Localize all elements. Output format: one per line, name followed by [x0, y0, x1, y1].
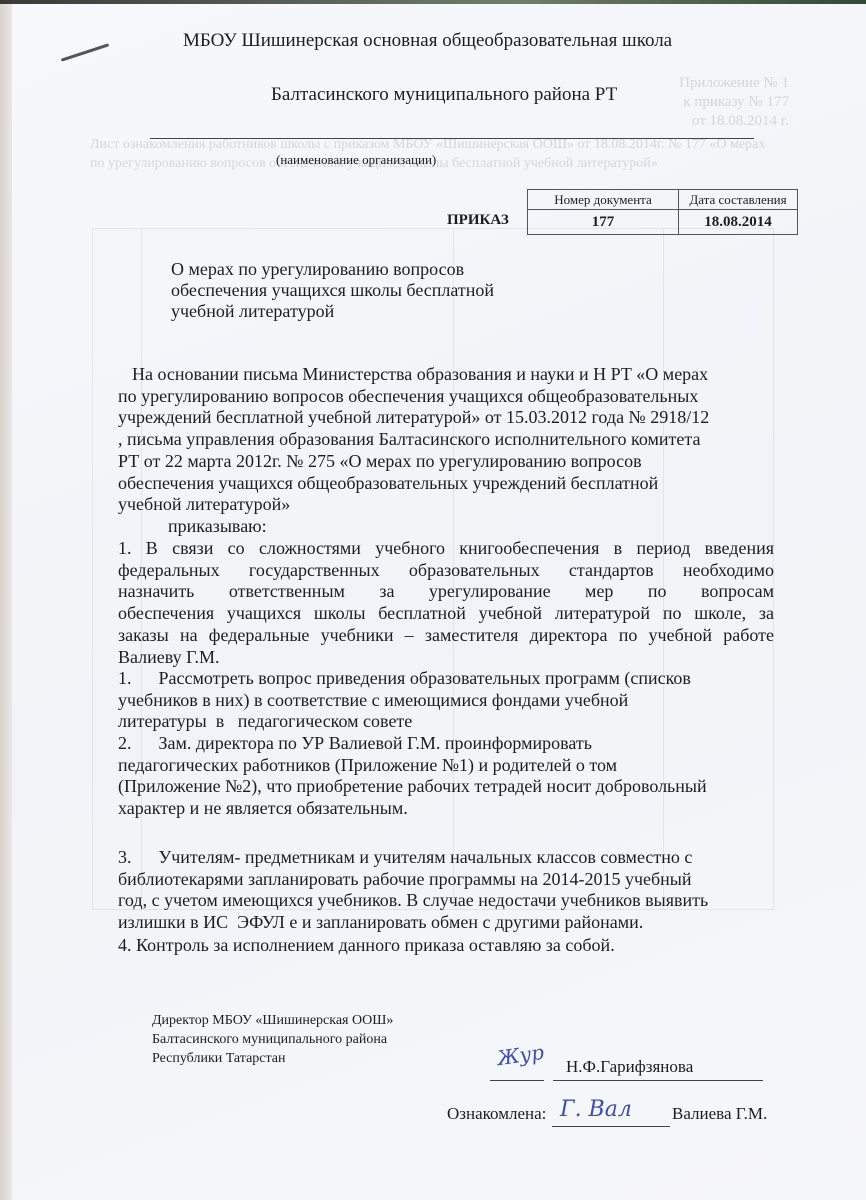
- doc-date-value: 18.08.2014: [679, 210, 798, 235]
- order-item-1: 1. В связи со сложностями учебного книго…: [118, 538, 774, 668]
- order-item-4: 4. Контроль за исполнением данного прика…: [118, 935, 774, 957]
- decree-word: приказываю:: [118, 516, 774, 538]
- scan-edge-left: [0, 0, 12, 1200]
- doc-date-header: Дата составления: [679, 190, 798, 210]
- acquainted-label: Ознакомлена:: [447, 1104, 546, 1124]
- order-meta-table: Номер документа Дата составления 177 18.…: [527, 189, 798, 235]
- acquainted-sign-line: [552, 1126, 670, 1127]
- director-position: Директор МБОУ «Шишинерская ООШ» Балтасин…: [152, 1011, 393, 1068]
- acquainted-name: Валиева Г.М.: [672, 1104, 767, 1124]
- staple-mark: [61, 43, 109, 61]
- show-through-appendix: Приложение № 1 к приказу № 177 от 18.08.…: [674, 74, 789, 131]
- order-item-2: 2. Зам. директора по УР Валиевой Г.М. пр…: [118, 733, 774, 820]
- order-item-1b: 1. Рассмотреть вопрос приведения образов…: [118, 668, 774, 733]
- org-underline: [150, 138, 754, 139]
- preamble: На основании письма Министерства образов…: [118, 364, 774, 538]
- doc-number-value: 177: [528, 210, 679, 235]
- order-label: ПРИКАЗ: [447, 212, 509, 229]
- org-caption: (наименование организации): [276, 152, 436, 168]
- org-name-line1: МБОУ Шишинерская основная общеобразовате…: [183, 30, 672, 52]
- director-name: Н.Ф.Гарифзянова: [566, 1057, 693, 1077]
- order-item-3: 3. Учителям- предметникам и учителям нач…: [118, 847, 774, 934]
- order-subject: О мерах по урегулированию вопросов обесп…: [171, 259, 494, 322]
- director-name-line: [553, 1080, 763, 1081]
- org-name-line2: Балтасинского муниципального района РТ: [271, 84, 617, 106]
- acquainted-signature: Г. Вал: [560, 1097, 632, 1122]
- director-sign-line: [490, 1080, 544, 1081]
- doc-number-header: Номер документа: [528, 190, 679, 210]
